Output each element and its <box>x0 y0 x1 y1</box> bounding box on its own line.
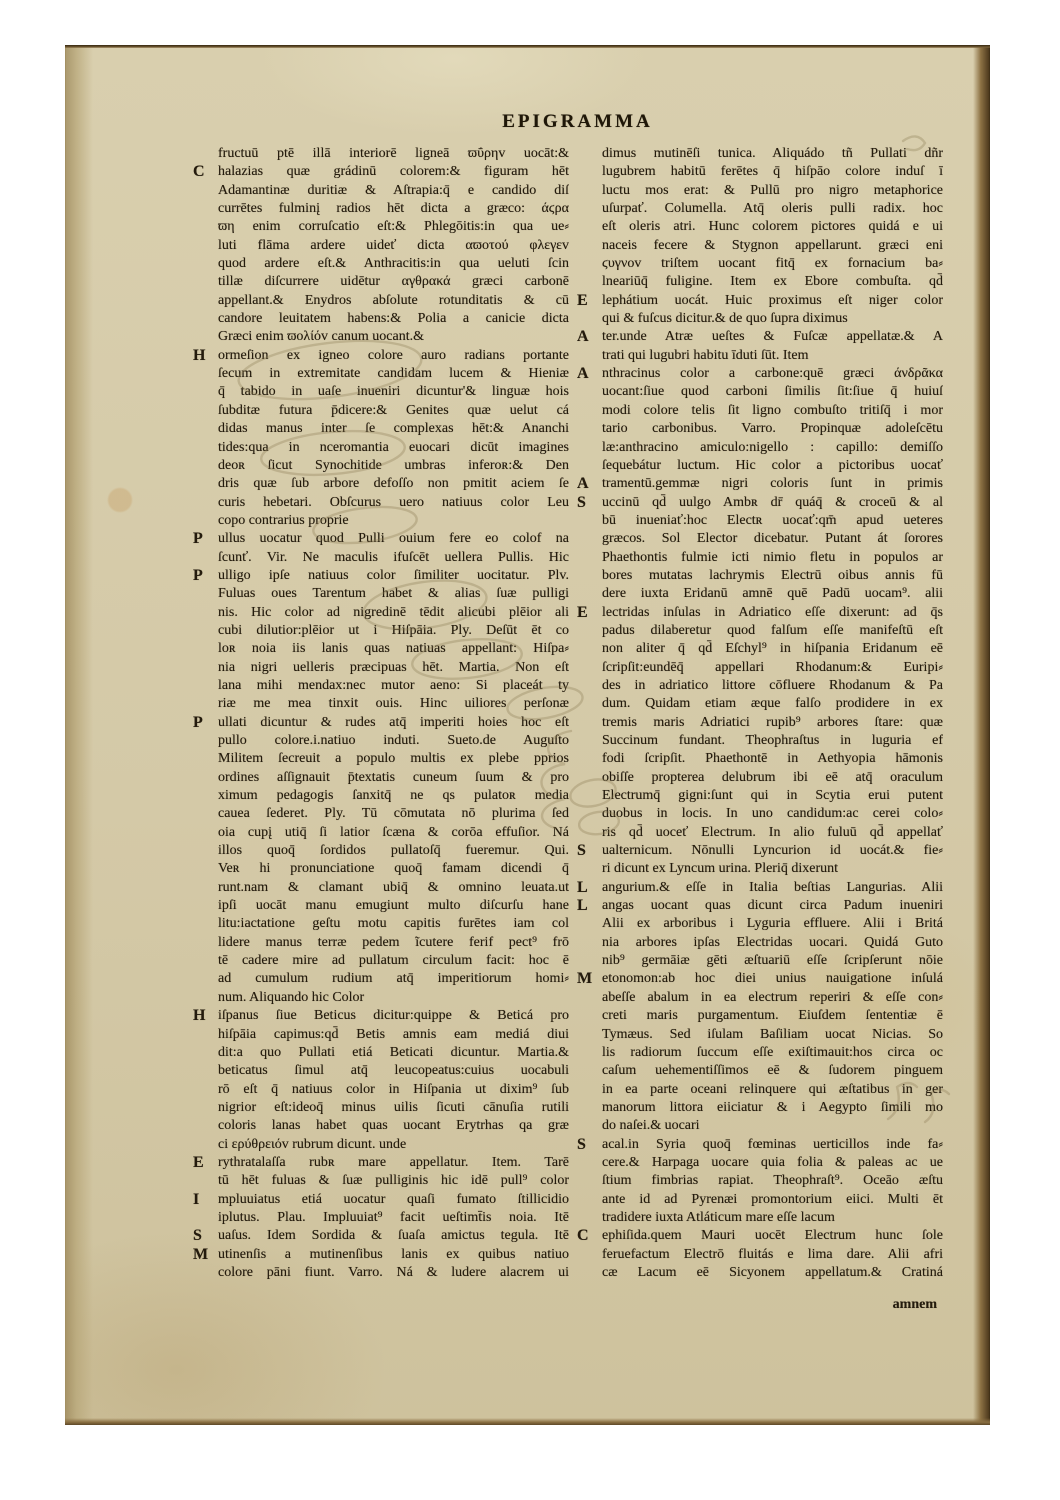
line-text: ipſi uocāt manu emugiunt multo diſcurſu … <box>218 897 569 915</box>
line-text: fodi ſcripſit. Phaethontē in Aethyopia h… <box>602 750 943 768</box>
text-line: luti flāma ardere uideť dicta αϖοτού φλε… <box>193 237 569 255</box>
text-line: des in adriatico littore cōfluere Rhodan… <box>577 677 943 695</box>
text-line: bū inueniať:hoc Electʀ uocať:qm̄ apud ue… <box>577 512 943 530</box>
text-line: Mutinenſis a mutinenſibus lanis ex quibu… <box>193 1246 569 1264</box>
text-line: dere iuxta Eridanū amnē quē Padū uocam⁹.… <box>577 585 943 603</box>
line-text: tremis maris Adriatici rupib⁹ arbores ſt… <box>602 714 943 732</box>
text-line: lneariūq̄ fuligine. Item ex Ebore combuſ… <box>577 273 943 291</box>
text-line: ri dicunt ex Lyncum urina. Pleriq̄ dixer… <box>577 860 943 878</box>
marginal-initial <box>577 402 602 420</box>
marginal-initial <box>193 1264 218 1282</box>
marginal-initial <box>193 1026 218 1044</box>
line-text: iplutus. Plau. Impluuiat⁹ facit ueſtimt̄… <box>218 1209 569 1227</box>
line-text: græcos. Sol Elector dicebatur. Putant át… <box>602 530 943 548</box>
marginal-initial <box>577 1154 602 1172</box>
marginal-initial: A <box>577 365 602 383</box>
marginal-initial <box>577 714 602 732</box>
marginal-initial: M <box>577 970 602 988</box>
marginal-initial <box>193 494 218 512</box>
marginal-initial <box>193 182 218 200</box>
marginal-initial <box>193 200 218 218</box>
text-line: tradidere iuxta Atláticum mare eſſe lacu… <box>577 1209 943 1227</box>
text-line: tides:qua in nceromantia euocari dicūt i… <box>193 439 569 457</box>
marginal-initial: L <box>577 897 602 915</box>
line-text: Græci enim ϖολίόv canum uocant.& <box>218 328 569 346</box>
line-text: eſt oleris atri. Hunc colorem pictores q… <box>602 218 943 236</box>
text-line: Tymæus. Sed iſulam Baſiliam uocat Nicias… <box>577 1026 943 1044</box>
marginal-initial <box>577 200 602 218</box>
line-text: deoʀ ſicut Synochitide umbras inferoʀ:& … <box>218 457 569 475</box>
marginal-initial <box>193 915 218 933</box>
marginal-initial <box>577 273 602 291</box>
line-text: Tymæus. Sed iſulam Baſiliam uocat Nicias… <box>602 1026 943 1044</box>
line-text: candore leuitatem habens:& Polia a canic… <box>218 310 569 328</box>
marginal-initial <box>193 750 218 768</box>
marginal-initial <box>577 640 602 658</box>
marginal-initial <box>577 218 602 236</box>
text-line: nigrior eſt:ideoq̄ minus uilis ſicuti cā… <box>193 1099 569 1117</box>
text-line: riæ me mea tinxit ouis. Hinc uiliores pe… <box>193 695 569 713</box>
marginal-initial <box>193 310 218 328</box>
line-text: dimus mutinēſi tunica. Aliquádo tñ Pulla… <box>602 145 943 163</box>
text-line: ſubditæ futura p̄dicere:& Genites quæ ue… <box>193 402 569 420</box>
line-text: didas manus inter ſe complexas hēt:& Ana… <box>218 420 569 438</box>
text-line: Electridas inſulas in Adriatico eſſe dix… <box>577 604 943 622</box>
line-text: bores mutatas lachrymis Electrū oibus an… <box>602 567 943 585</box>
page-edge-top <box>65 45 990 48</box>
line-text: ſecum in extremitate candidam lucem & Hi… <box>218 365 569 383</box>
marginal-initial <box>193 402 218 420</box>
marginal-initial: S <box>577 1136 602 1154</box>
line-text: ullus uocatur quod Pulli ouium fere eo c… <box>218 530 569 548</box>
line-text: obiſſe propterea delubrum ibi eē atq̄ or… <box>602 769 943 787</box>
marginal-initial <box>193 824 218 842</box>
marginal-initial: E <box>577 292 602 310</box>
line-text: ci ερύθρειόv rubrum dicunt. unde <box>218 1136 569 1154</box>
text-line: loʀ noia iis lanis quas natiuas appellan… <box>193 640 569 658</box>
marginal-initial <box>193 1136 218 1154</box>
text-line: lis radiorum ſuccum eſſe exiſtimauit:hos… <box>577 1044 943 1062</box>
line-text: padus dilaberetur quod falſum eſſe manif… <box>602 622 943 640</box>
text-line: copo contrarius proprie <box>193 512 569 530</box>
text-line: caſum uehementiſſimos eē & ſudorem pingu… <box>577 1062 943 1080</box>
line-text: lis radiorum ſuccum eſſe exiſtimauit:hos… <box>602 1044 943 1062</box>
text-line: lana mihi mendax:nec mutor aeno: Si plac… <box>193 677 569 695</box>
text-line: ipſi uocāt manu emugiunt multo diſcurſu … <box>193 897 569 915</box>
line-text: num. Aliquando hic Color <box>218 989 569 1007</box>
line-text: ephiſida.quem Mauri uocēt Electrum hunc … <box>602 1227 943 1245</box>
line-text: dris quæ ſub arbore defoſſo non pmitit a… <box>218 475 569 493</box>
text-line: Metonomon:ab hoc diei unius nauigatione … <box>577 970 943 988</box>
text-line: nia arbores ipſas Electridas uocari. Qui… <box>577 934 943 952</box>
marginal-initial <box>577 1062 602 1080</box>
marginal-initial <box>193 1172 218 1190</box>
marginal-initial <box>193 604 218 622</box>
marginal-initial: C <box>193 163 218 181</box>
marginal-initial <box>577 659 602 677</box>
line-text: luti flāma ardere uideť dicta αϖοτού φλε… <box>218 237 569 255</box>
marginal-initial <box>193 255 218 273</box>
text-line: tū hēt fuluas & ſuæ pulliginis hic idē p… <box>193 1172 569 1190</box>
text-line: coloris lanas habet quas uocant Erytrhas… <box>193 1117 569 1135</box>
line-text: Veʀ hi pronunciatione quoq̄ famam dicend… <box>218 860 569 878</box>
marginal-initial: S <box>577 842 602 860</box>
line-text: nis. Hic color ad nigredinē tēdit alicub… <box>218 604 569 622</box>
text-line: quod ardere eſt.& Anthracitis:in qua uel… <box>193 255 569 273</box>
text-line: tē cadere mire ad pullatum circulum faci… <box>193 952 569 970</box>
marginal-initial <box>577 420 602 438</box>
text-line: Cephiſida.quem Mauri uocēt Electrum hunc… <box>577 1227 943 1245</box>
marginal-initial: C <box>577 1227 602 1245</box>
text-line: ris qd̄ uoceť Electrum. In alio fuluū qd… <box>577 824 943 842</box>
line-text: angurium.& eſſe in Italia beſtias Langur… <box>602 879 943 897</box>
line-text: bū inueniať:hoc Electʀ uocať:qm̄ apud ue… <box>602 512 943 530</box>
line-text: Adamantinæ duritiæ & Aſtrapia:q̄ e candi… <box>218 182 569 200</box>
marginal-initial: P <box>193 530 218 548</box>
marginal-initial <box>193 420 218 438</box>
marginal-initial <box>193 769 218 787</box>
text-line: Pullati dicuntur & rudes atq̄ imperiti h… <box>193 714 569 732</box>
text-line: illos quoq̄ ſordidos pullatoſq̄ fueremur… <box>193 842 569 860</box>
text-line: eſt oleris atri. Hunc colorem pictores q… <box>577 218 943 236</box>
marginal-initial <box>193 1062 218 1080</box>
text-line: luctu mos erat: & Pullū pro nigro metaph… <box>577 182 943 200</box>
text-line: Langurium.& eſſe in Italia beſtias Langu… <box>577 879 943 897</box>
marginal-initial <box>577 952 602 970</box>
running-title: EPIGRAMMA <box>215 111 940 133</box>
text-line: Impluuiatus etiá uocatur quaſi fumato ſt… <box>193 1191 569 1209</box>
line-text: tides:qua in nceromantia euocari dicūt i… <box>218 439 569 457</box>
line-text: non aliter q̄ qd̄ Eſchyl⁹ in hiſpania Er… <box>602 640 943 658</box>
marginal-initial <box>193 218 218 236</box>
text-line: fodi ſcripſit. Phaethontē in Aethyopia h… <box>577 750 943 768</box>
marginal-initial: I <box>193 1191 218 1209</box>
text-line: Langas uocant quas dicunt circa Padum in… <box>577 897 943 915</box>
book-page: EPIGRAMMA fructuū ptē illā interiorē lig… <box>65 45 990 1425</box>
line-text: in ea parte oceani relinquere qui æſtati… <box>602 1081 943 1099</box>
line-text: ullati dicuntur & rudes atq̄ imperiti ho… <box>218 714 569 732</box>
line-text: mpluuiatus etiá uocatur quaſi fumato ſti… <box>218 1191 569 1209</box>
text-line: Militem ſecreuit a populo multis ex pleb… <box>193 750 569 768</box>
marginal-initial <box>577 1099 602 1117</box>
line-text: ad cumulum rudium atq̄ imperitiorum homi… <box>218 970 569 988</box>
line-text: currētes fulminį radios hēt dicta a græc… <box>218 200 569 218</box>
marginal-initial <box>193 549 218 567</box>
line-text: uſurpať. Columella. Atq̄ oleris pulli ra… <box>602 200 943 218</box>
line-text: Militem ſecreuit a populo multis ex pleb… <box>218 750 569 768</box>
text-line: Pullus uocatur quod Pulli ouium fere eo … <box>193 530 569 548</box>
text-line: creti maris purgamentum. Eiuſdem ſentent… <box>577 1007 943 1025</box>
line-text: pullo colore.i.natiuo induti. Sueto.de A… <box>218 732 569 750</box>
text-line: Anthracinus color a carbone:quē græci άν… <box>577 365 943 383</box>
text-line: cere.& Harpaga uocare quia folia & palea… <box>577 1154 943 1172</box>
text-line: Succinū qd̄ uulgo Ambʀ dr̄ quáq̄ & croce… <box>577 494 943 512</box>
text-line: Phaethontis fulmie icti nimio fletu in p… <box>577 549 943 567</box>
line-text: tē cadere mire ad pullatum circulum faci… <box>218 952 569 970</box>
marginal-initial <box>193 677 218 695</box>
marginal-initial: E <box>193 1154 218 1172</box>
text-line: tremis maris Adriatici rupib⁹ arbores ſt… <box>577 714 943 732</box>
page-edge-bottom <box>65 1418 990 1425</box>
marginal-initial <box>193 1099 218 1117</box>
marginal-initial <box>577 255 602 273</box>
text-line: non aliter q̄ qd̄ Eſchyl⁹ in hiſpania Er… <box>577 640 943 658</box>
text-line: modi colore telis ſit ligno combuſto tri… <box>577 402 943 420</box>
line-text: nthracinus color a carbone:quē græci άνδ… <box>602 365 943 383</box>
marginal-initial <box>193 237 218 255</box>
line-text: tū hēt fuluas & ſuæ pulliginis hic idē p… <box>218 1172 569 1190</box>
marginal-initial <box>577 750 602 768</box>
line-text: ordines aſſignauit p̄textatis cuneum ſuu… <box>218 769 569 787</box>
line-text: manorum littora eiiciatur & i Aegypto ſi… <box>602 1099 943 1117</box>
line-text: ſubditæ futura p̄dicere:& Genites quæ ue… <box>218 402 569 420</box>
line-text: tario carbonibus. Varro. Propinquæ adole… <box>602 420 943 438</box>
line-text: litu:iactatione geſtu motu capitis furēt… <box>218 915 569 933</box>
line-text: lugubrem habitū ferētes q̄ hiſpāo colore… <box>602 163 943 181</box>
line-text: beticatus ſimul atq̄ leucopeatus:cuius u… <box>218 1062 569 1080</box>
text-line: pullo colore.i.natiuo induti. Sueto.de A… <box>193 732 569 750</box>
marginal-initial <box>193 952 218 970</box>
text-line: Erythratalaſſa rubʀ mare appellatur. Ite… <box>193 1154 569 1172</box>
text-line: q̄ tabido in uaſe inueniri dicuntur'& li… <box>193 383 569 401</box>
text-line: ſequebátur luctum. Hic color a pictoribu… <box>577 457 943 475</box>
text-line: Veʀ hi pronunciatione quoq̄ famam dicend… <box>193 860 569 878</box>
marginal-initial <box>193 328 218 346</box>
line-text: nia arbores ipſas Electridas uocari. Qui… <box>602 934 943 952</box>
marginal-initial <box>577 989 602 1007</box>
text-line: padus dilaberetur quod falſum eſſe manif… <box>577 622 943 640</box>
marginal-initial <box>193 365 218 383</box>
marginal-initial <box>577 1246 602 1264</box>
line-text: colore pāni fiunt. Varro. Ná & ludere al… <box>218 1264 569 1282</box>
marginal-initial <box>577 769 602 787</box>
text-line: fructuū ptē illā interiorē ligneā ϖΰρηv … <box>193 145 569 163</box>
marginal-initial <box>577 163 602 181</box>
text-line: ϛυγνοv triſtem uocant fitq̄ ex fornacium… <box>577 255 943 273</box>
text-line: ϖη enim corruſcatio eſt:& Phlegōitis:in … <box>193 218 569 236</box>
marginal-initial <box>193 732 218 750</box>
line-text: uocant:ſiue quod carboni ſimilis ſit:ſiu… <box>602 383 943 401</box>
marginal-initial <box>577 145 602 163</box>
text-line: manorum littora eiiciatur & i Aegypto ſi… <box>577 1099 943 1117</box>
text-line: nib⁹ germāiæ gēti æſtuariū eſſe ſcripſer… <box>577 952 943 970</box>
line-text: coloris lanas habet quas uocant Erytrhas… <box>218 1117 569 1135</box>
line-text: lana mihi mendax:nec mutor aeno: Si plac… <box>218 677 569 695</box>
marginal-initial <box>577 512 602 530</box>
text-line: Græci enim ϖολίόv canum uocant.& <box>193 328 569 346</box>
text-line: cæ Lacum eē Sicyonem appellatum.& Cratin… <box>577 1264 943 1282</box>
marginal-initial <box>577 732 602 750</box>
line-text: ϖη enim corruſcatio eſt:& Phlegōitis:in … <box>218 218 569 236</box>
marginal-initial <box>577 1209 602 1227</box>
text-line: naceis fecere & Stygnon appellarunt. græ… <box>577 237 943 255</box>
marginal-initial: M <box>193 1246 218 1264</box>
line-text: acal.in Syria quoq̄ fœminas uerticillos … <box>602 1136 943 1154</box>
line-text: appellant.& Enydros abſolute rotunditati… <box>218 292 569 310</box>
line-text: læ:anthracino amiculo:nigello : capillo:… <box>602 439 943 457</box>
text-line: Fuluas oues Tarentum habet & alias ſuæ p… <box>193 585 569 603</box>
text-line: ad cumulum rudium atq̄ imperitiorum homi… <box>193 970 569 988</box>
marginal-initial <box>193 970 218 988</box>
line-text: Succinum fundant. Theophraſtus in luguri… <box>602 732 943 750</box>
text-line: curis hebetari. Obſcurus uero natiuus co… <box>193 494 569 512</box>
text-line: num. Aliquando hic Color <box>193 989 569 1007</box>
marginal-initial <box>193 1117 218 1135</box>
text-line: græcos. Sol Elector dicebatur. Putant át… <box>577 530 943 548</box>
text-line: lidere manus terræ pedem ĩcutere ferif p… <box>193 934 569 952</box>
text-line: tillæ diſcurrere uidētur αγθρακά græci c… <box>193 273 569 291</box>
line-text: runt.nam & clamant ubiq̄ & omnino leuata… <box>218 879 569 897</box>
line-text: q̄ tabido in uaſe inueniri dicuntur'& li… <box>218 383 569 401</box>
line-text: lneariūq̄ fuligine. Item ex Ebore combuſ… <box>602 273 943 291</box>
line-text: lectridas inſulas in Adriatico eſſe dixe… <box>602 604 943 622</box>
marginal-initial <box>193 860 218 878</box>
marginal-initial: S <box>577 494 602 512</box>
marginal-initial: P <box>193 714 218 732</box>
page-gutter-shadow <box>65 45 93 1425</box>
page-edge-right <box>973 45 990 1425</box>
text-line: currētes fulminį radios hēt dicta a græc… <box>193 200 569 218</box>
text-line: Electrumq̄ gigni:ſunt qui in Scytia erui… <box>577 787 943 805</box>
line-text: angas uocant quas dicunt circa Padum inu… <box>602 897 943 915</box>
marginal-initial: A <box>577 475 602 493</box>
marginal-initial: L <box>577 879 602 897</box>
line-text: Phaethontis fulmie icti nimio fletu in p… <box>602 549 943 567</box>
text-line: Adamantinæ duritiæ & Aſtrapia:q̄ e candi… <box>193 182 569 200</box>
line-text: ſtium fimbrias rapiat. Theophraſt⁹. Oceā… <box>602 1172 943 1190</box>
text-line: colore pāni fiunt. Varro. Ná & ludere al… <box>193 1264 569 1282</box>
marginal-initial <box>577 934 602 952</box>
line-text: cauea ſederet. Ply. Tū cōmutata nō pluri… <box>218 805 569 823</box>
text-line: feruefactum Electrō fluitás e lima dare.… <box>577 1246 943 1264</box>
line-text: abeſſe abalum in ea electrum reperiri & … <box>602 989 943 1007</box>
line-text: tillæ diſcurrere uidētur αγθρακά græci c… <box>218 273 569 291</box>
text-line: hiſpāia capimus:qd̄ Betis amnis eam medi… <box>193 1026 569 1044</box>
line-text: oia cupį utiq̄ ſi latior ſcæna & corōa e… <box>218 824 569 842</box>
text-line: nia nigri uelleris præcipuas hēt. Martia… <box>193 659 569 677</box>
line-text: luctu mos erat: & Pullū pro nigro metaph… <box>602 182 943 200</box>
marginal-initial <box>577 1191 602 1209</box>
marginal-initial <box>193 842 218 860</box>
text-line: lugubrem habitū ferētes q̄ hiſpāo colore… <box>577 163 943 181</box>
marginal-initial <box>193 989 218 1007</box>
text-line: ci ερύθρειόv rubrum dicunt. unde <box>193 1136 569 1154</box>
marginal-initial: A <box>577 328 602 346</box>
marginal-initial <box>193 1044 218 1062</box>
text-line: Pulligo ipſe natiuus color ſimiliter uoc… <box>193 567 569 585</box>
marginal-initial <box>577 457 602 475</box>
line-text: copo contrarius proprie <box>218 512 569 530</box>
marginal-initial <box>577 549 602 567</box>
marginal-initial <box>577 695 602 713</box>
text-line: læ:anthracino amiculo:nigello : capillo:… <box>577 439 943 457</box>
marginal-initial <box>193 145 218 163</box>
line-text: ſcripſit:eundēq̄ appellari Rhodanum:& Eu… <box>602 659 943 677</box>
line-text: rythratalaſſa rubʀ mare appellatur. Item… <box>218 1154 569 1172</box>
marginal-initial <box>193 585 218 603</box>
text-line: duobus in locis. In uno candidum:ac cere… <box>577 805 943 823</box>
text-line: ordines aſſignauit p̄textatis cuneum ſuu… <box>193 769 569 787</box>
marginal-initial <box>193 439 218 457</box>
marginal-initial <box>193 383 218 401</box>
line-text: quod ardere eſt.& Anthracitis:in qua uel… <box>218 255 569 273</box>
marginal-initial: S <box>193 1227 218 1245</box>
line-text: tramentū.gemmæ nigri coloris ſunt in pri… <box>602 475 943 493</box>
marginal-initial <box>577 530 602 548</box>
line-text: utinenſis a mutinenſibus lanis ex quibus… <box>218 1246 569 1264</box>
line-text: feruefactum Electrō fluitás e lima dare.… <box>602 1246 943 1264</box>
marginal-initial <box>193 475 218 493</box>
line-text: lephátium uocát. Huic proximus eſt niger… <box>602 292 943 310</box>
text-line: dris quæ ſub arbore defoſſo non pmitit a… <box>193 475 569 493</box>
text-line: Atramentū.gemmæ nigri coloris ſunt in pr… <box>577 475 943 493</box>
line-text: duobus in locis. In uno candidum:ac cere… <box>602 805 943 823</box>
line-text: ormeſion ex igneo colore auro radians po… <box>218 347 569 365</box>
text-line: appellant.& Enydros abſolute rotunditati… <box>193 292 569 310</box>
marginal-initial <box>193 934 218 952</box>
text-line: litu:iactatione geſtu motu capitis furēt… <box>193 915 569 933</box>
marginal-initial <box>193 1209 218 1227</box>
line-text: Alii ex arboribus i Lyguria effluere. Al… <box>602 915 943 933</box>
marginal-initial <box>577 1081 602 1099</box>
marginal-initial <box>577 1172 602 1190</box>
text-line: Ater.unde Atræ ueſtes & Fuſcæ appellatæ.… <box>577 328 943 346</box>
text-line: dit:a quo Pullati etiá Beticati dicuntur… <box>193 1044 569 1062</box>
line-text: hiſpāia capimus:qd̄ Betis amnis eam medi… <box>218 1026 569 1044</box>
line-text: uaſus. Idem Sordida & ſuaſa amictus tegu… <box>218 1227 569 1245</box>
line-text: uccinū qd̄ uulgo Ambʀ dr̄ quáq̄ & croceū… <box>602 494 943 512</box>
text-line: uſurpať. Columella. Atq̄ oleris pulli ra… <box>577 200 943 218</box>
text-line: rō eſt q̄ natiuus color in Hiſpania ut d… <box>193 1081 569 1099</box>
marginal-initial <box>193 457 218 475</box>
line-text: ulligo ipſe natiuus color ſimiliter uoci… <box>218 567 569 585</box>
text-line: ſcunť. Vir. Ne maculis ifuſcēt uellera P… <box>193 549 569 567</box>
line-text: etonomon:ab hoc diei unius nauigatione i… <box>602 970 943 988</box>
text-line: abeſſe abalum in ea electrum reperiri & … <box>577 989 943 1007</box>
line-text: fructuū ptē illā interiorē ligneā ϖΰρηv … <box>218 145 569 163</box>
line-text: rō eſt q̄ natiuus color in Hiſpania ut d… <box>218 1081 569 1099</box>
marginal-initial <box>577 237 602 255</box>
line-text: dum. Quidam etiam æque falſo prodidere i… <box>602 695 943 713</box>
line-text: nib⁹ germāiæ gēti æſtuariū eſſe ſcripſer… <box>602 952 943 970</box>
line-text: ri dicunt ex Lyncum urina. Pleriq̄ dixer… <box>602 860 943 878</box>
text-line: ximum pedagogis ſanxitq̄ ne qs pulatoʀ m… <box>193 787 569 805</box>
text-line: trati qui lugubri habitu īduti ſūt. Item <box>577 347 943 365</box>
text-line: beticatus ſimul atq̄ leucopeatus:cuius u… <box>193 1062 569 1080</box>
line-text: modi colore telis ſit ligno combuſto tri… <box>602 402 943 420</box>
marginal-initial <box>193 695 218 713</box>
line-text: halazias quæ grádinū colorem:& figuram h… <box>218 163 569 181</box>
marginal-initial <box>193 292 218 310</box>
marginal-initial: P <box>193 567 218 585</box>
text-line: ſcripſit:eundēq̄ appellari Rhodanum:& Eu… <box>577 659 943 677</box>
text-line: obiſſe propterea delubrum ibi eē atq̄ or… <box>577 769 943 787</box>
text-line: Suaſus. Idem Sordida & ſuaſa amictus teg… <box>193 1227 569 1245</box>
marginal-initial <box>577 439 602 457</box>
marginal-initial <box>193 897 218 915</box>
marginal-initial <box>193 1081 218 1099</box>
text-line: didas manus inter ſe complexas hēt:& Ana… <box>193 420 569 438</box>
line-text: cubi dilutior:plēior ut i Hiſpāia. Ply. … <box>218 622 569 640</box>
line-text: loʀ noia iis lanis quas natiuas appellan… <box>218 640 569 658</box>
marginal-initial <box>577 787 602 805</box>
text-line: cubi dilutior:plēior ut i Hiſpāia. Ply. … <box>193 622 569 640</box>
marginal-initial <box>577 1007 602 1025</box>
line-text: tradidere iuxta Atláticum mare eſſe lacu… <box>602 1209 943 1227</box>
line-text: lidere manus terræ pedem ĩcutere ferif p… <box>218 934 569 952</box>
text-line: iplutus. Plau. Impluuiat⁹ facit ueſtimt̄… <box>193 1209 569 1227</box>
marginal-initial <box>577 567 602 585</box>
